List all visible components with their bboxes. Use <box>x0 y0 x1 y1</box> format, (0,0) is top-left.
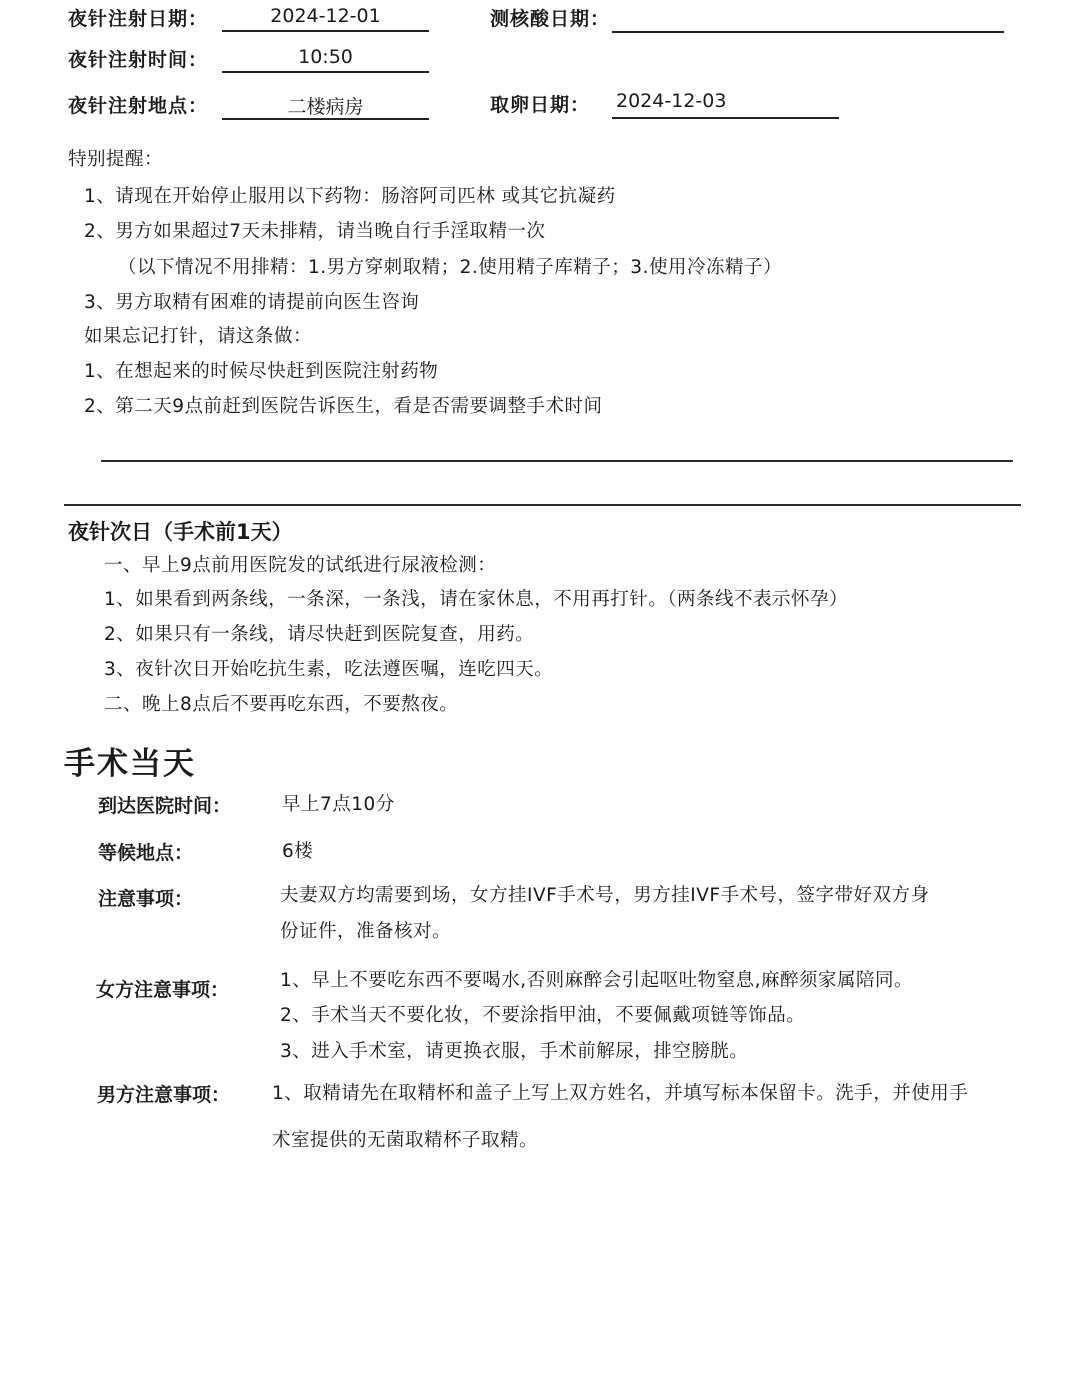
reminder-item-note: （以下情况不用排精：1.男方穿刺取精；2.使用精子库精子；3.使用冷冻精子） <box>118 253 782 279</box>
injection-date-label: 夜针注射日期： <box>68 4 208 31</box>
female-notes-line: 2、手术当天不要化妆，不要涂指甲油，不要佩戴项链等饰品。 <box>280 1001 805 1027</box>
injection-place-value: 二楼病房 <box>222 92 429 119</box>
waiting-place-value: 6楼 <box>282 837 313 863</box>
male-notes-line: 1、取精请先在取精杯和盖子上写上双方姓名，并填写标本保留卡。洗手，并使用手 <box>272 1079 968 1105</box>
female-notes-line: 3、进入手术室，请更换衣服，手术前解尿，排空膀胱。 <box>280 1037 748 1063</box>
notes-label: 注意事项： <box>98 884 193 911</box>
reminders-title: 特别提醒： <box>68 145 163 171</box>
day-after-item: 2、如果只有一条线，请尽快赶到医院复查，用药。 <box>104 620 534 646</box>
nucleic-test-date-underline <box>612 31 1004 33</box>
forgot-item: 1、在想起来的时候尽快赶到医院注射药物 <box>84 357 438 383</box>
forgot-item: 2、第二天9点前赶到医院告诉医生，看是否需要调整手术时间 <box>84 392 603 418</box>
injection-time-value: 10:50 <box>222 46 429 68</box>
divider-line <box>64 504 1021 506</box>
injection-place-label: 夜针注射地点： <box>68 91 208 118</box>
reminder-item: 1、请现在开始停止服用以下药物：肠溶阿司匹林 或其它抗凝药 <box>84 182 616 208</box>
male-notes-label: 男方注意事项： <box>97 1080 230 1107</box>
female-notes-label: 女方注意事项： <box>96 975 229 1002</box>
notes-line: 夫妻双方均需要到场，女方挂IVF手术号，男方挂IVF手术号，签字带好双方身 <box>280 881 930 907</box>
arrival-time-label: 到达医院时间： <box>98 791 231 818</box>
day-after-title: 夜针次日（手术前1天） <box>68 516 293 546</box>
injection-date-underline <box>222 30 429 32</box>
forgot-title: 如果忘记打针，请这条做： <box>84 322 312 348</box>
male-notes-line: 术室提供的无菌取精杯子取精。 <box>272 1126 538 1152</box>
day-after-item: 一、早上9点前用医院发的试纸进行尿液检测： <box>104 551 496 577</box>
surgery-day-title: 手术当天 <box>64 738 196 783</box>
injection-time-underline <box>222 71 429 73</box>
day-after-item: 3、夜针次日开始吃抗生素，吃法遵医嘱，连吃四天。 <box>104 655 553 681</box>
arrival-time-value: 早上7点10分 <box>282 790 395 816</box>
reminder-item: 2、男方如果超过7天未排精，请当晚自行手淫取精一次 <box>84 217 546 243</box>
notes-line: 份证件，准备核对。 <box>280 917 451 943</box>
injection-time-label: 夜针注射时间： <box>68 45 208 72</box>
waiting-place-label: 等候地点： <box>98 838 193 865</box>
injection-date-value: 2024-12-01 <box>222 5 429 27</box>
day-after-item: 1、如果看到两条线，一条深，一条浅，请在家休息，不用再打针。（两条线不表示怀孕） <box>104 585 848 611</box>
divider-line <box>101 460 1013 462</box>
egg-retrieval-date-value: 2024-12-03 <box>612 90 726 112</box>
day-after-item: 二、晚上8点后不要再吃东西，不要熬夜。 <box>104 690 458 716</box>
female-notes-line: 1、早上不要吃东西不要喝水,否则麻醉会引起呕吐物窒息,麻醉须家属陪同。 <box>280 966 913 992</box>
egg-retrieval-date-label: 取卵日期： <box>490 90 590 117</box>
reminder-item: 3、男方取精有困难的请提前向医生咨询 <box>84 288 419 314</box>
egg-retrieval-date-underline <box>612 117 839 119</box>
nucleic-test-date-label: 测核酸日期： <box>490 4 610 31</box>
injection-place-underline <box>222 118 429 120</box>
